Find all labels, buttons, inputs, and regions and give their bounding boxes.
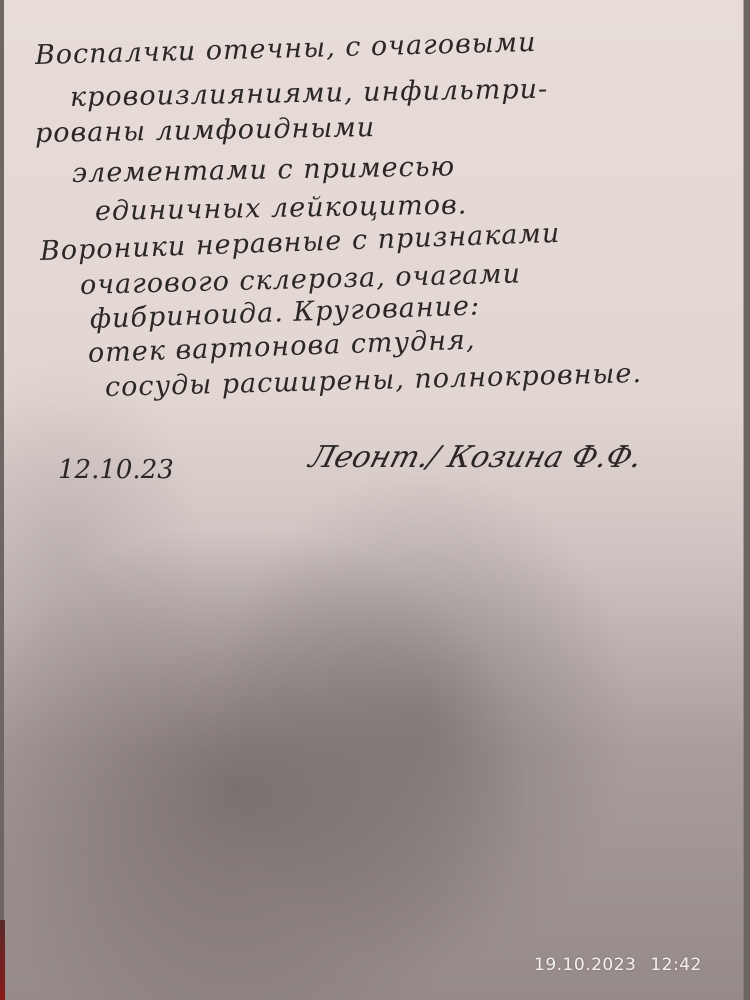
handwritten-date: 12.10.23: [58, 455, 174, 485]
camera-timestamp: 19.10.202312:42: [534, 955, 702, 975]
text-line-5: единичных лейкоцитов.: [95, 190, 468, 227]
text-line-3: рованы лимфоидными: [35, 112, 376, 149]
paper-sheet: [4, 0, 744, 1000]
paper-edge: [743, 0, 744, 1000]
camera-time: 12:42: [650, 955, 702, 975]
signature: Леонт./ Козина Ф.Ф.: [305, 440, 646, 475]
background-red-object: [0, 920, 5, 1000]
camera-date: 19.10.2023: [534, 955, 636, 975]
